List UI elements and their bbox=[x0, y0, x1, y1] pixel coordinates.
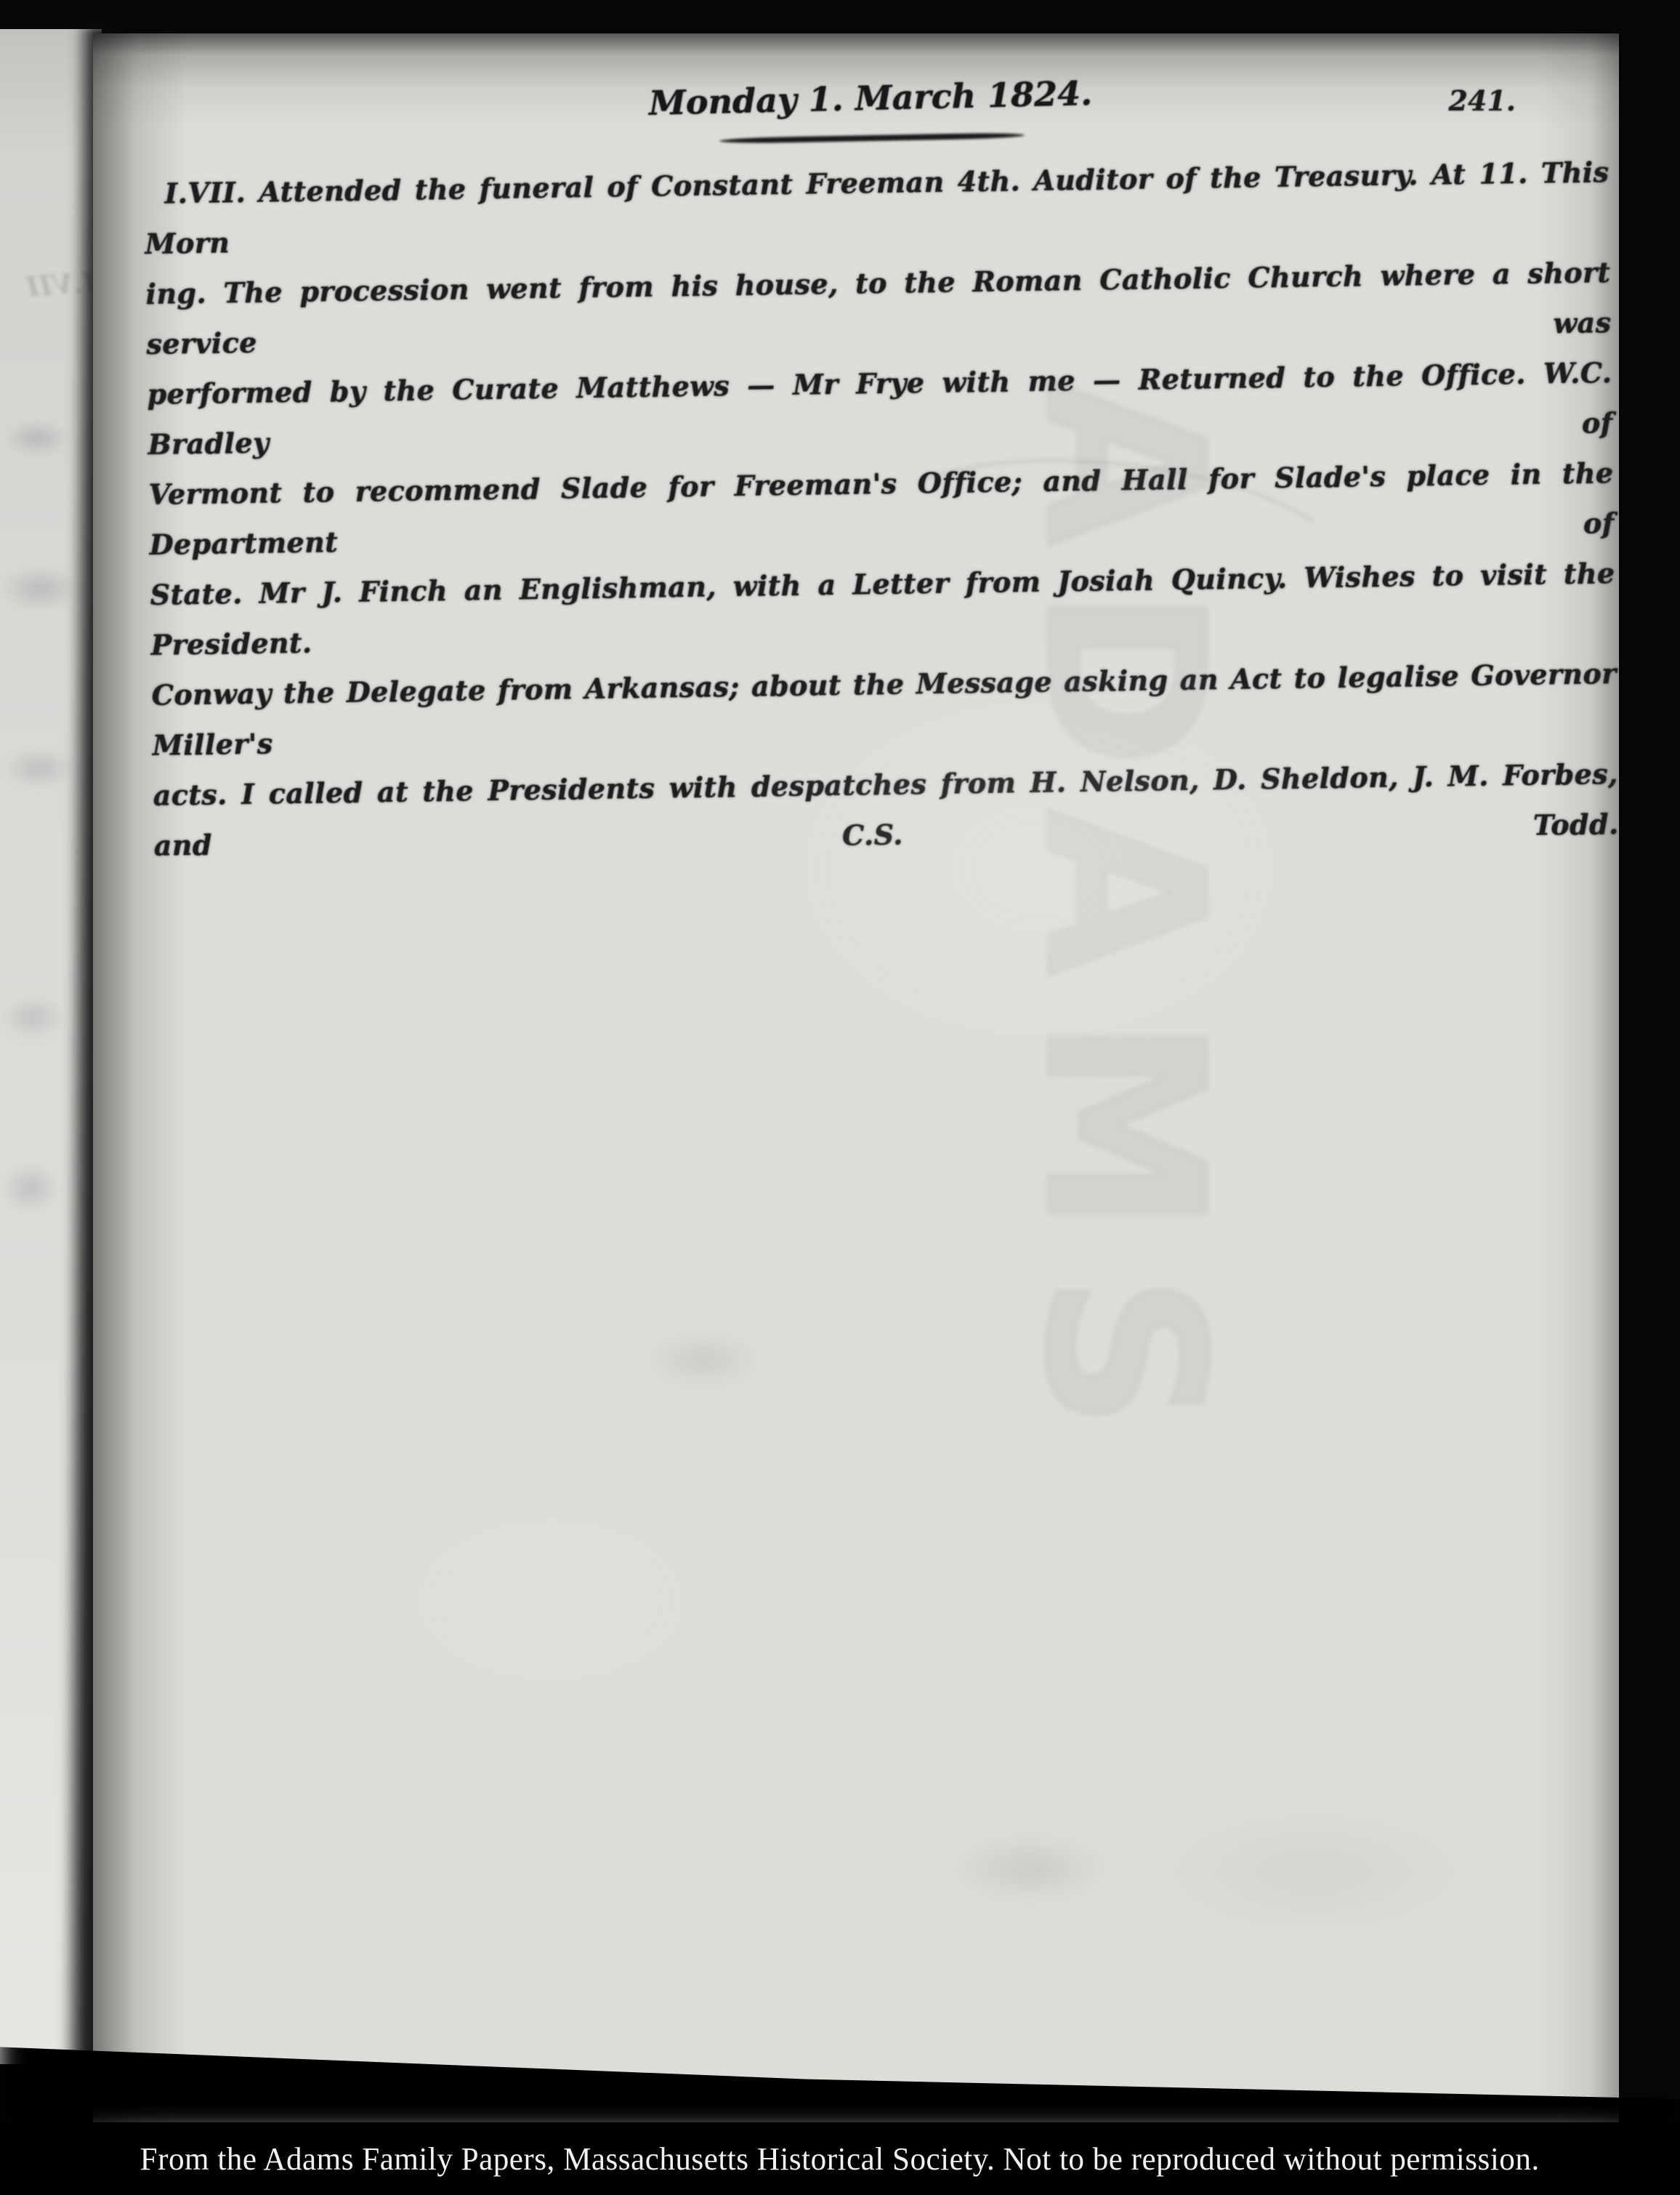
diary-entry-text: I.VII. Attended the funeral of Constant … bbox=[144, 147, 1619, 871]
page-number: 241. bbox=[1448, 84, 1516, 117]
bleed-through-smudge bbox=[0, 567, 80, 611]
paper-smudge bbox=[950, 1836, 1110, 1901]
bleed-through-smudge bbox=[0, 996, 65, 1039]
bleed-through-smudge bbox=[4, 422, 70, 455]
credit-footer: From the Adams Family Papers, Massachuse… bbox=[0, 2122, 1680, 2195]
heading-underline bbox=[719, 132, 1025, 144]
scanned-diary-page: I.VII Monday 1. March 1824. 241. I.VII. … bbox=[0, 0, 1680, 2195]
entry-date-heading: Monday 1. March 1824. bbox=[648, 73, 1092, 123]
credit-text: From the Adams Family Papers, Massachuse… bbox=[140, 2140, 1540, 2178]
bleed-through-smudge bbox=[1, 1163, 60, 1214]
paper-smudge bbox=[645, 1334, 762, 1385]
diary-page: Monday 1. March 1824. 241. I.VII. Attend… bbox=[93, 33, 1619, 2122]
bleed-through-smudge bbox=[3, 749, 76, 788]
entry-line: acts. I called at the Presidents with de… bbox=[153, 749, 1619, 871]
